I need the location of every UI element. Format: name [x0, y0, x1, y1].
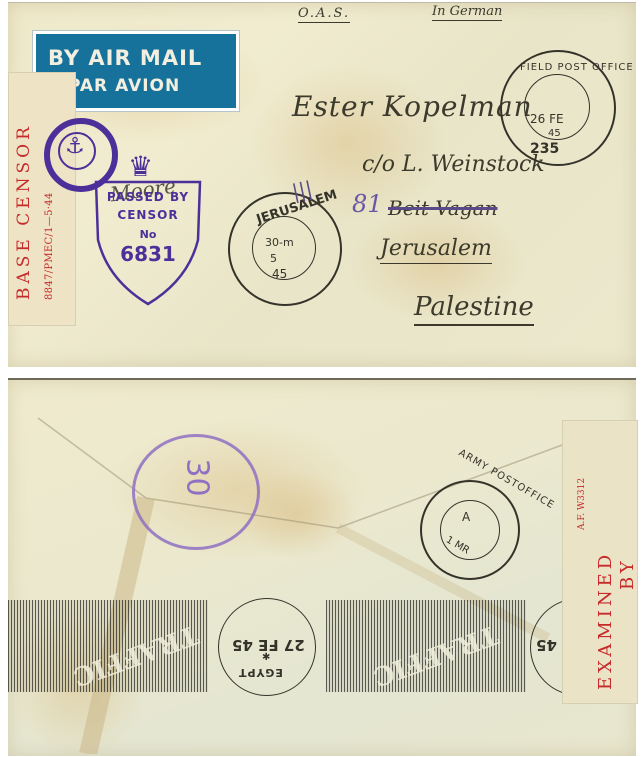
- fpo-date: 26 FE: [530, 112, 564, 126]
- censor-line-censor: CENSOR: [92, 208, 204, 222]
- censor-line-no: No: [92, 228, 204, 241]
- addressee-name: Ester Kopelman: [292, 90, 533, 123]
- purple-mark-81: 81: [352, 190, 383, 218]
- star-icon: ✱: [262, 652, 270, 663]
- annotation-language: In German: [432, 4, 502, 21]
- fpo-ring-text: FIELD POST OFFICE: [520, 62, 634, 73]
- airmail-line-french: PAR AVION: [68, 76, 180, 96]
- flap-fold-icon: [8, 378, 636, 754]
- army-post-office-cancel: [420, 480, 520, 580]
- address-city: Jerusalem: [380, 236, 492, 264]
- censor-number: 6831: [92, 242, 204, 266]
- jerusalem-time: 30-m: [265, 236, 294, 249]
- cancel-inner-ring: [440, 500, 500, 560]
- anchor-icon: ⚓: [58, 130, 92, 164]
- examined-form-code: A.F. W3312: [577, 478, 587, 530]
- egypt-cancel-country: EGYPT: [238, 666, 283, 679]
- examined-title: EXAMINED: [595, 551, 616, 690]
- address-struck-out: Beit Vagan: [388, 196, 497, 220]
- egypt-partial-year: 45: [536, 636, 557, 654]
- annotation-oas: O.A.S.: [298, 6, 350, 23]
- passed-by-censor-handstamp: PASSED BY CENSOR No 6831: [92, 150, 204, 306]
- airmail-line-english: BY AIR MAIL: [48, 46, 202, 70]
- jerusalem-year: 45: [272, 267, 287, 281]
- fpo-year: 45: [548, 128, 561, 139]
- address-care-of: c/o L. Weinstock: [362, 152, 545, 177]
- address-country: Palestine: [414, 292, 534, 326]
- apo-letter: A: [462, 510, 470, 524]
- base-censor-title: BASE CENSOR: [14, 123, 34, 300]
- purple-receiving-mark: 30: [180, 458, 215, 496]
- fpo-number: 235: [530, 141, 559, 157]
- censor-line-passed-by: PASSED BY: [92, 190, 204, 204]
- base-censor-form-code: 8847/PMEC/1—5·44: [44, 192, 55, 300]
- jerusalem-day: 5: [270, 252, 277, 265]
- examined-by: BY: [617, 557, 638, 590]
